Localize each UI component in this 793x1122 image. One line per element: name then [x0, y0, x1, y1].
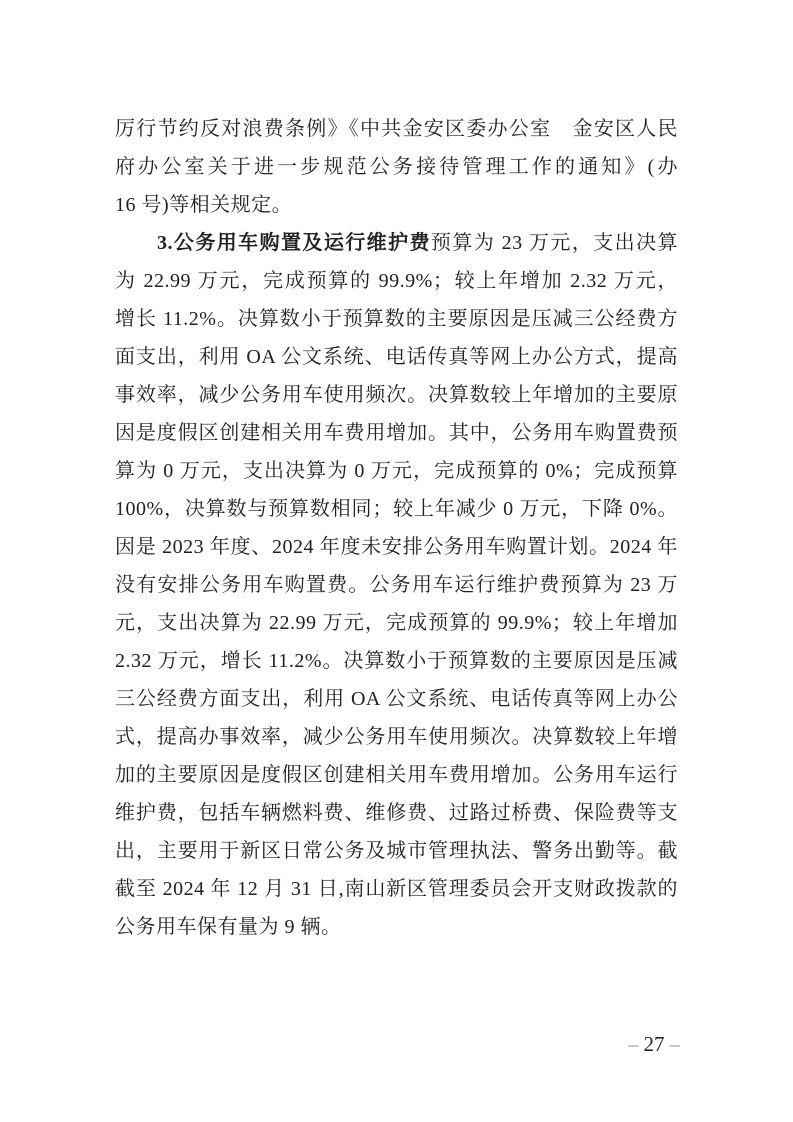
text-segment: 元，支出决算为 22.99 万元，完成预算的 99.9%；较上年增加 [115, 612, 678, 634]
text-line: 因是度假区创建相关用车费用增加。其中，公务用车购置费预 [115, 414, 678, 452]
text-line: 事效率，减少公务用车使用频次。决算数较上年增加的主要原 [115, 376, 678, 414]
text-segment: 算为 0 万元，支出决算为 0 万元，完成预算的 0%；完成预算的 [115, 460, 678, 490]
text-line: 为 22.99 万元，完成预算的 99.9%；较上年增加 2.32 万元， [115, 262, 678, 300]
text-segment: 公务用车保有量为 9 辆。 [115, 916, 342, 938]
page-number: –27– [614, 1032, 694, 1056]
text-line: 厉行节约反对浪费条例》《中共金安区委办公室 金安区人民政 [115, 110, 678, 148]
text-segment: 出，主要用于新区日常公务及城市管理执法、警务出勤等。截 [115, 840, 678, 862]
page-body-text: 厉行节约反对浪费条例》《中共金安区委办公室 金安区人民政府办公室关于进一步规范公… [115, 110, 678, 946]
text-line: 元，支出决算为 22.99 万元，完成预算的 99.9%；较上年增加 [115, 604, 678, 642]
text-segment: 100%，决算数与预算数相同；较上年减少 0 万元，下降 0%。原 [115, 498, 678, 528]
paragraph-regulations-continued: 厉行节约反对浪费条例》《中共金安区委办公室 金安区人民政府办公室关于进一步规范公… [115, 110, 678, 224]
text-segment: 府办公室关于进一步规范公务接待管理工作的通知》(办〔2023〕 [115, 156, 678, 186]
text-segment: 式，提高办事效率，减少公务用车使用频次。决算数较上年增 [115, 726, 678, 748]
text-line: 式，提高办事效率，减少公务用车使用频次。决算数较上年增 [115, 718, 678, 756]
text-line: 截至 2024 年 12 月 31 日,南山新区管理委员会开支财政拨款的 [115, 870, 678, 908]
text-line: 出，主要用于新区日常公务及城市管理执法、警务出勤等。截 [115, 832, 678, 870]
text-segment: 三公经费方面支出，利用 OA 公文系统、电话传真等网上办公方 [115, 688, 678, 718]
text-segment: 因是度假区创建相关用车费用增加。其中，公务用车购置费预 [115, 422, 678, 444]
text-segment: 截至 2024 年 12 月 31 日,南山新区管理委员会开支财政拨款的 [115, 878, 678, 900]
text-line: 没有安排公务用车购置费。公务用车运行维护费预算为 23 万 [115, 566, 678, 604]
text-segment: 维护费，包括车辆燃料费、维修费、过路过桥费、保险费等支 [115, 802, 678, 824]
document-page: 厉行节约反对浪费条例》《中共金安区委办公室 金安区人民政府办公室关于进一步规范公… [0, 0, 793, 1122]
bold-heading-segment: 3.公务用车购置及运行维护费 [157, 232, 431, 254]
text-segment: 面支出，利用 OA 公文系统、电话传真等网上办公方式，提高办 [115, 346, 678, 376]
text-segment: 厉行节约反对浪费条例》《中共金安区委办公室 金安区人民政 [115, 118, 678, 148]
text-segment: 预算为 23 万元，支出决算 [431, 232, 678, 254]
text-line: 增长 11.2%。决算数小于预算数的主要原因是压减三公经费方 [115, 300, 678, 338]
page-number-right-dash: – [665, 1032, 686, 1056]
text-segment: 增长 11.2%。决算数小于预算数的主要原因是压减三公经费方 [115, 308, 678, 330]
text-segment: 没有安排公务用车购置费。公务用车运行维护费预算为 23 万 [115, 574, 678, 596]
text-line: 因是 2023 年度、2024 年度未安排公务用车购置计划。2024 年 [115, 528, 678, 566]
text-line: 算为 0 万元，支出决算为 0 万元，完成预算的 0%；完成预算的 [115, 452, 678, 490]
text-line: 三公经费方面支出，利用 OA 公文系统、电话传真等网上办公方 [115, 680, 678, 718]
text-segment: 因是 2023 年度、2024 年度未安排公务用车购置计划。2024 年 [115, 536, 678, 558]
text-line: 16 号)等相关规定。 [115, 186, 678, 224]
text-segment: 为 22.99 万元，完成预算的 99.9%；较上年增加 2.32 万元， [115, 270, 678, 292]
text-line: 100%，决算数与预算数相同；较上年减少 0 万元，下降 0%。原 [115, 490, 678, 528]
page-number-value: 27 [644, 1032, 665, 1056]
text-line: 面支出，利用 OA 公文系统、电话传真等网上办公方式，提高办 [115, 338, 678, 376]
page-number-left-dash: – [623, 1032, 644, 1056]
paragraph-official-vehicle-budget: 3.公务用车购置及运行维护费预算为 23 万元，支出决算为 22.99 万元，完… [115, 224, 678, 946]
text-line: 3.公务用车购置及运行维护费预算为 23 万元，支出决算 [115, 224, 678, 262]
text-line: 加的主要原因是度假区创建相关用车费用增加。公务用车运行 [115, 756, 678, 794]
text-line: 2.32 万元，增长 11.2%。决算数小于预算数的主要原因是压减 [115, 642, 678, 680]
text-line: 府办公室关于进一步规范公务接待管理工作的通知》(办〔2023〕 [115, 148, 678, 186]
text-segment: 加的主要原因是度假区创建相关用车费用增加。公务用车运行 [115, 764, 678, 786]
text-line: 公务用车保有量为 9 辆。 [115, 908, 678, 946]
text-segment: 16 号)等相关规定。 [115, 194, 292, 216]
text-line: 维护费，包括车辆燃料费、维修费、过路过桥费、保险费等支 [115, 794, 678, 832]
text-segment: 事效率，减少公务用车使用频次。决算数较上年增加的主要原 [115, 384, 678, 406]
text-segment: 2.32 万元，增长 11.2%。决算数小于预算数的主要原因是压减 [115, 650, 678, 672]
